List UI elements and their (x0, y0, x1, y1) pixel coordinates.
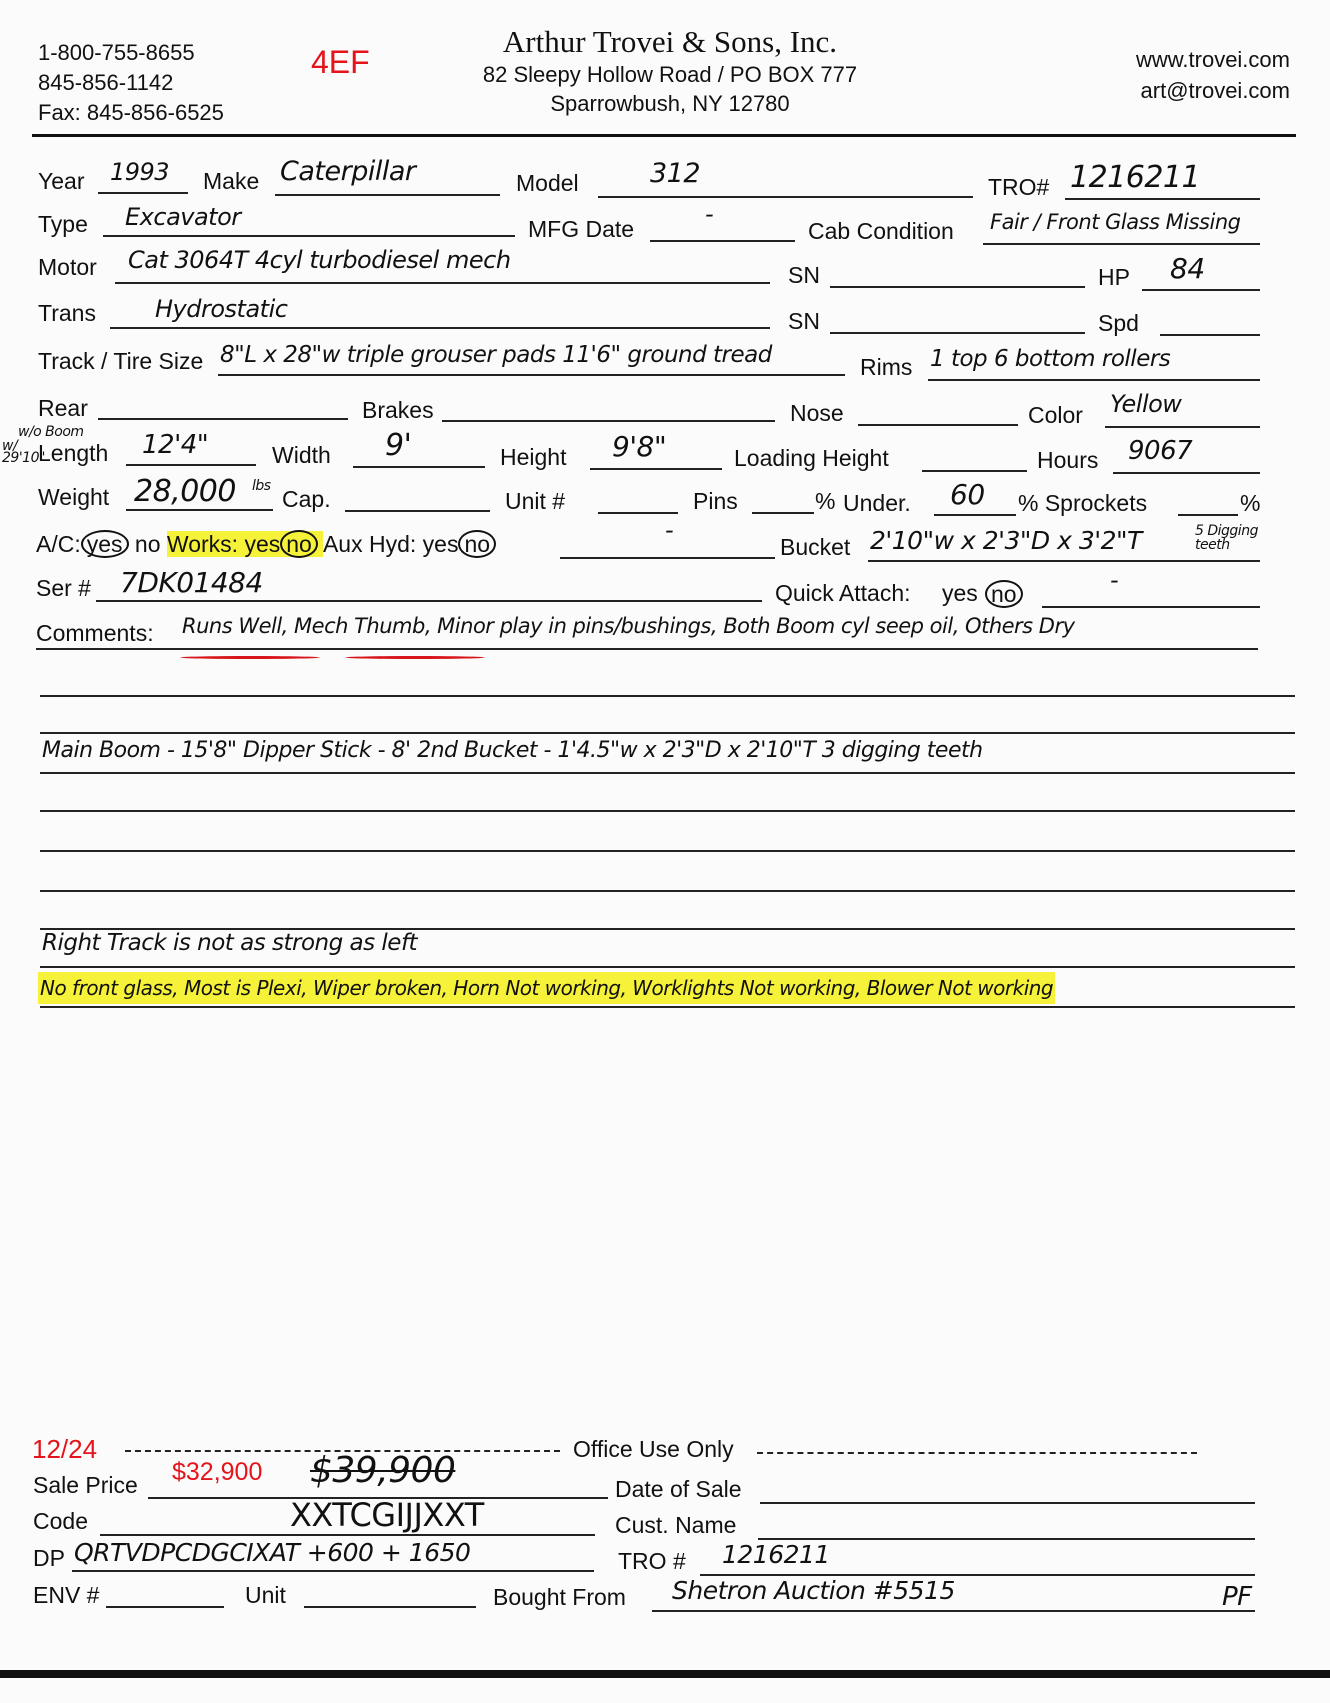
phone-list: 1-800-755-8655 845-856-1142 Fax: 845-856… (38, 38, 224, 128)
office-dash-right (757, 1452, 1197, 1454)
website-link[interactable]: www.trovei.com (1136, 44, 1290, 75)
make-label: Make (203, 168, 259, 195)
works-group: Works: yesno (167, 531, 323, 557)
office-date-stamp: 12/24 (32, 1434, 97, 1465)
note-line (40, 966, 1295, 968)
ac-label: A/C: (36, 531, 81, 557)
mfg-date-field[interactable]: - (705, 200, 713, 228)
sprockets-label: % Sprockets (1018, 490, 1147, 517)
stamp-code: 4EF (311, 44, 370, 81)
track-field[interactable]: 8"L x 28"w triple grouser pads 11'6" gro… (220, 342, 772, 368)
nose-label: Nose (790, 400, 844, 427)
track-label: Track / Tire Size (38, 348, 203, 375)
trans-sn-label: SN (788, 308, 820, 335)
note-line (40, 1006, 1295, 1008)
height-label: Height (500, 444, 566, 471)
loading-height-label: Loading Height (734, 445, 889, 472)
aux-hyd-yes-option[interactable]: yes (423, 531, 459, 557)
quick-attach-extra[interactable]: - (1110, 566, 1118, 594)
header-divider (32, 134, 1296, 137)
rims-label: Rims (860, 354, 912, 381)
comments-label: Comments: (36, 620, 154, 647)
phone-local: 845-856-1142 (38, 68, 224, 98)
cap-label: Cap. (282, 486, 331, 513)
page-bottom-edge (0, 1670, 1330, 1678)
code-field[interactable]: XXTCGIJJXXT (290, 1496, 484, 1534)
hours-field[interactable]: 9067 (1128, 436, 1192, 466)
email-link[interactable]: art@trovei.com (1136, 75, 1290, 106)
bought-from-label: Bought From (493, 1584, 626, 1611)
width-label: Width (272, 442, 331, 469)
ac-no-option[interactable]: no (135, 531, 161, 557)
type-field[interactable]: Excavator (125, 203, 241, 231)
sprockets-pct-label: % (1240, 490, 1260, 517)
hp-label: HP (1098, 264, 1130, 291)
quick-attach-no-option[interactable]: no (985, 580, 1023, 608)
initials: PF (1222, 1582, 1252, 1612)
hours-label: Hours (1037, 447, 1098, 474)
height-field[interactable]: 9'8" (612, 430, 666, 463)
length-label: Length (38, 440, 108, 467)
company-address-1: 82 Sleepy Hollow Road / PO BOX 777 (400, 62, 940, 88)
sale-price-label: Sale Price (33, 1472, 138, 1499)
note-6[interactable]: Right Track is not as strong as left (42, 930, 417, 956)
note-line (40, 772, 1295, 774)
color-field[interactable]: Yellow (1110, 390, 1181, 418)
phone-toll-free: 1-800-755-8655 (38, 38, 224, 68)
red-underline (180, 656, 320, 659)
note-line (40, 850, 1295, 852)
hp-field[interactable]: 84 (1170, 252, 1205, 285)
make-field[interactable]: Caterpillar (280, 156, 416, 187)
note-line (40, 695, 1295, 697)
width-field[interactable]: 9' (385, 428, 411, 463)
bucket-field[interactable]: 2'10"w x 2'3"D x 3'2"T (870, 526, 1142, 555)
note-line (40, 732, 1295, 734)
unit-no-label: Unit # (505, 488, 565, 515)
length-note-side: w/ 29'10" (2, 440, 42, 464)
contact-web: www.trovei.com art@trovei.com (1136, 44, 1290, 106)
under-text: Under. (843, 490, 911, 517)
works-yes-option[interactable]: yes (244, 531, 280, 557)
office-heading: Office Use Only (573, 1436, 734, 1463)
pins-pct-label: % (815, 488, 835, 515)
year-field[interactable]: 1993 (110, 158, 169, 186)
year-label: Year (38, 168, 84, 195)
works-no-option[interactable]: no (280, 530, 318, 558)
trans-field[interactable]: Hydrostatic (155, 295, 287, 323)
code-label: Code (33, 1508, 88, 1535)
ac-yes-option[interactable]: yes (81, 530, 129, 558)
model-label: Model (516, 170, 579, 197)
company-address-2: Sparrowbush, NY 12780 (400, 91, 940, 117)
length-note-top: w/o Boom (18, 424, 84, 440)
office-tro-field[interactable]: 1216211 (722, 1540, 830, 1569)
ser-field[interactable]: 7DK01484 (120, 566, 263, 599)
weight-unit: lbs (252, 478, 271, 494)
motor-label: Motor (38, 254, 97, 281)
tro-label: TRO# (988, 174, 1049, 201)
tro-field[interactable]: 1216211 (1070, 160, 1200, 195)
env-label: ENV # (33, 1582, 99, 1609)
pins-label: Pins (693, 488, 738, 515)
length-field[interactable]: 12'4" (142, 430, 208, 460)
sale-price-old[interactable]: $39,900 (310, 1450, 455, 1491)
works-label: Works: (167, 531, 238, 557)
dp-label: DP (33, 1545, 65, 1572)
office-tro-label: TRO # (618, 1548, 686, 1575)
dp-field[interactable]: QRTVDPCDGCIXAT +600 + 1650 (74, 1538, 470, 1567)
company-header: Arthur Trovei & Sons, Inc. 82 Sleepy Hol… (400, 24, 940, 117)
note-1[interactable]: Main Boom - 15'8" Dipper Stick - 8' 2nd … (42, 738, 983, 763)
weight-field[interactable]: 28,000 (134, 474, 236, 509)
checkbox-row: A/C:yes no Works: yesno Aux Hyd: yesno (36, 530, 496, 558)
color-label: Color (1028, 402, 1083, 429)
bucket-label: Bucket (780, 534, 850, 561)
under-field[interactable]: 60 (950, 478, 985, 511)
aux-hyd-extra[interactable]: - (665, 516, 673, 544)
aux-hyd-label: Aux Hyd: (323, 531, 416, 557)
cust-name-label: Cust. Name (615, 1512, 736, 1539)
sale-price-new[interactable]: $32,900 (172, 1458, 262, 1487)
cab-condition-label: Cab Condition (808, 218, 954, 245)
company-name: Arthur Trovei & Sons, Inc. (400, 24, 940, 60)
trans-label: Trans (38, 300, 96, 327)
mfg-date-label: MFG Date (528, 216, 634, 243)
aux-hyd-no-option[interactable]: no (458, 530, 496, 558)
quick-attach-yes-option[interactable]: yes (942, 580, 978, 607)
rims-field[interactable]: 1 top 6 bottom rollers (930, 346, 1170, 372)
bucket-note: 5 Digging teeth (1195, 524, 1285, 552)
unit-label: Unit (245, 1582, 286, 1609)
model-field[interactable]: 312 (650, 158, 700, 189)
rear-label: Rear (38, 395, 88, 422)
red-underline (345, 656, 485, 659)
weight-label: Weight (38, 484, 109, 511)
comments-field[interactable]: Runs Well, Mech Thumb, Minor play in pin… (182, 614, 1075, 638)
note-7[interactable]: No front glass, Most is Plexi, Wiper bro… (38, 972, 1055, 1004)
spd-label: Spd (1098, 310, 1139, 337)
fax-number: Fax: 845-856-6525 (38, 98, 224, 128)
note-line (40, 810, 1295, 812)
date-of-sale-label: Date of Sale (615, 1476, 742, 1503)
note-line (40, 890, 1295, 892)
bought-from-field[interactable]: Shetron Auction #5515 (672, 1576, 955, 1605)
ser-label: Ser # (36, 575, 91, 602)
brakes-label: Brakes (362, 397, 434, 424)
type-label: Type (38, 211, 88, 238)
cab-condition-field[interactable]: Fair / Front Glass Missing (990, 210, 1240, 234)
motor-sn-label: SN (788, 262, 820, 289)
quick-attach-label: Quick Attach: (775, 580, 911, 607)
motor-field[interactable]: Cat 3064T 4cyl turbodiesel mech (128, 246, 511, 274)
